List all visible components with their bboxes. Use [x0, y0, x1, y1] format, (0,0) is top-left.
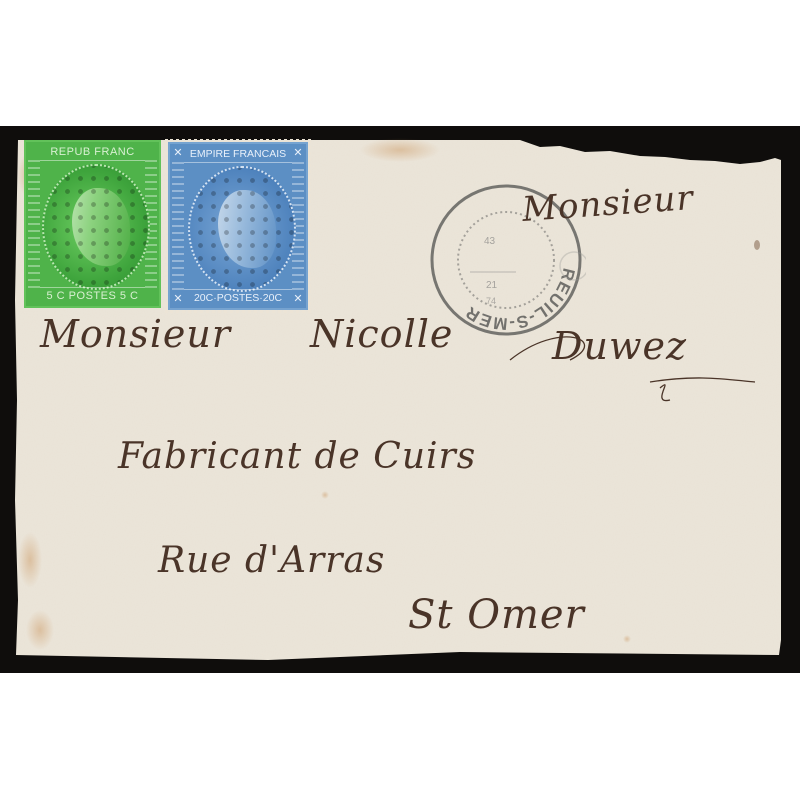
stamp-top-text: REPUB FRANC: [40, 144, 145, 161]
flourish-underline: [500, 330, 760, 410]
stamp-bottom-text: 5 C POSTES 5 C: [40, 287, 145, 304]
ceres-medallion: [42, 164, 150, 290]
corner-cross-icon: ✕: [172, 146, 184, 160]
svg-text:43: 43: [484, 236, 496, 247]
address-street: Rue d'Arras: [158, 540, 385, 581]
greek-key-border: [172, 162, 184, 290]
greek-key-border: [28, 160, 40, 288]
corner-cross-icon: ✕: [172, 292, 184, 306]
stamp-5c-green-ceres: REPUB FRANC 5 C POSTES 5 C: [24, 140, 161, 308]
address-city: St Omer: [408, 592, 585, 638]
address-occupation: Fabricant de Cuirs: [118, 436, 476, 477]
stamp-top-text: EMPIRE FRANCAIS: [184, 146, 292, 163]
svg-text:21: 21: [486, 280, 498, 291]
stamp-20c-blue-napoleon: ✕ ✕ EMPIRE FRANCAIS ✕ ✕ 20C·POSTES·20C: [168, 142, 308, 310]
stamp-bottom-text: 20C·POSTES·20C: [184, 289, 292, 306]
dotted-cancel: [190, 168, 294, 290]
address-salutation: Monsieur: [40, 312, 231, 356]
corner-cross-icon: ✕: [292, 292, 304, 306]
napoleon-medallion: [188, 166, 296, 292]
address-name-first: Nicolle: [310, 312, 453, 356]
corner-cross-icon: ✕: [292, 146, 304, 160]
dotted-cancel: [44, 166, 148, 288]
svg-text:74: 74: [486, 296, 496, 306]
